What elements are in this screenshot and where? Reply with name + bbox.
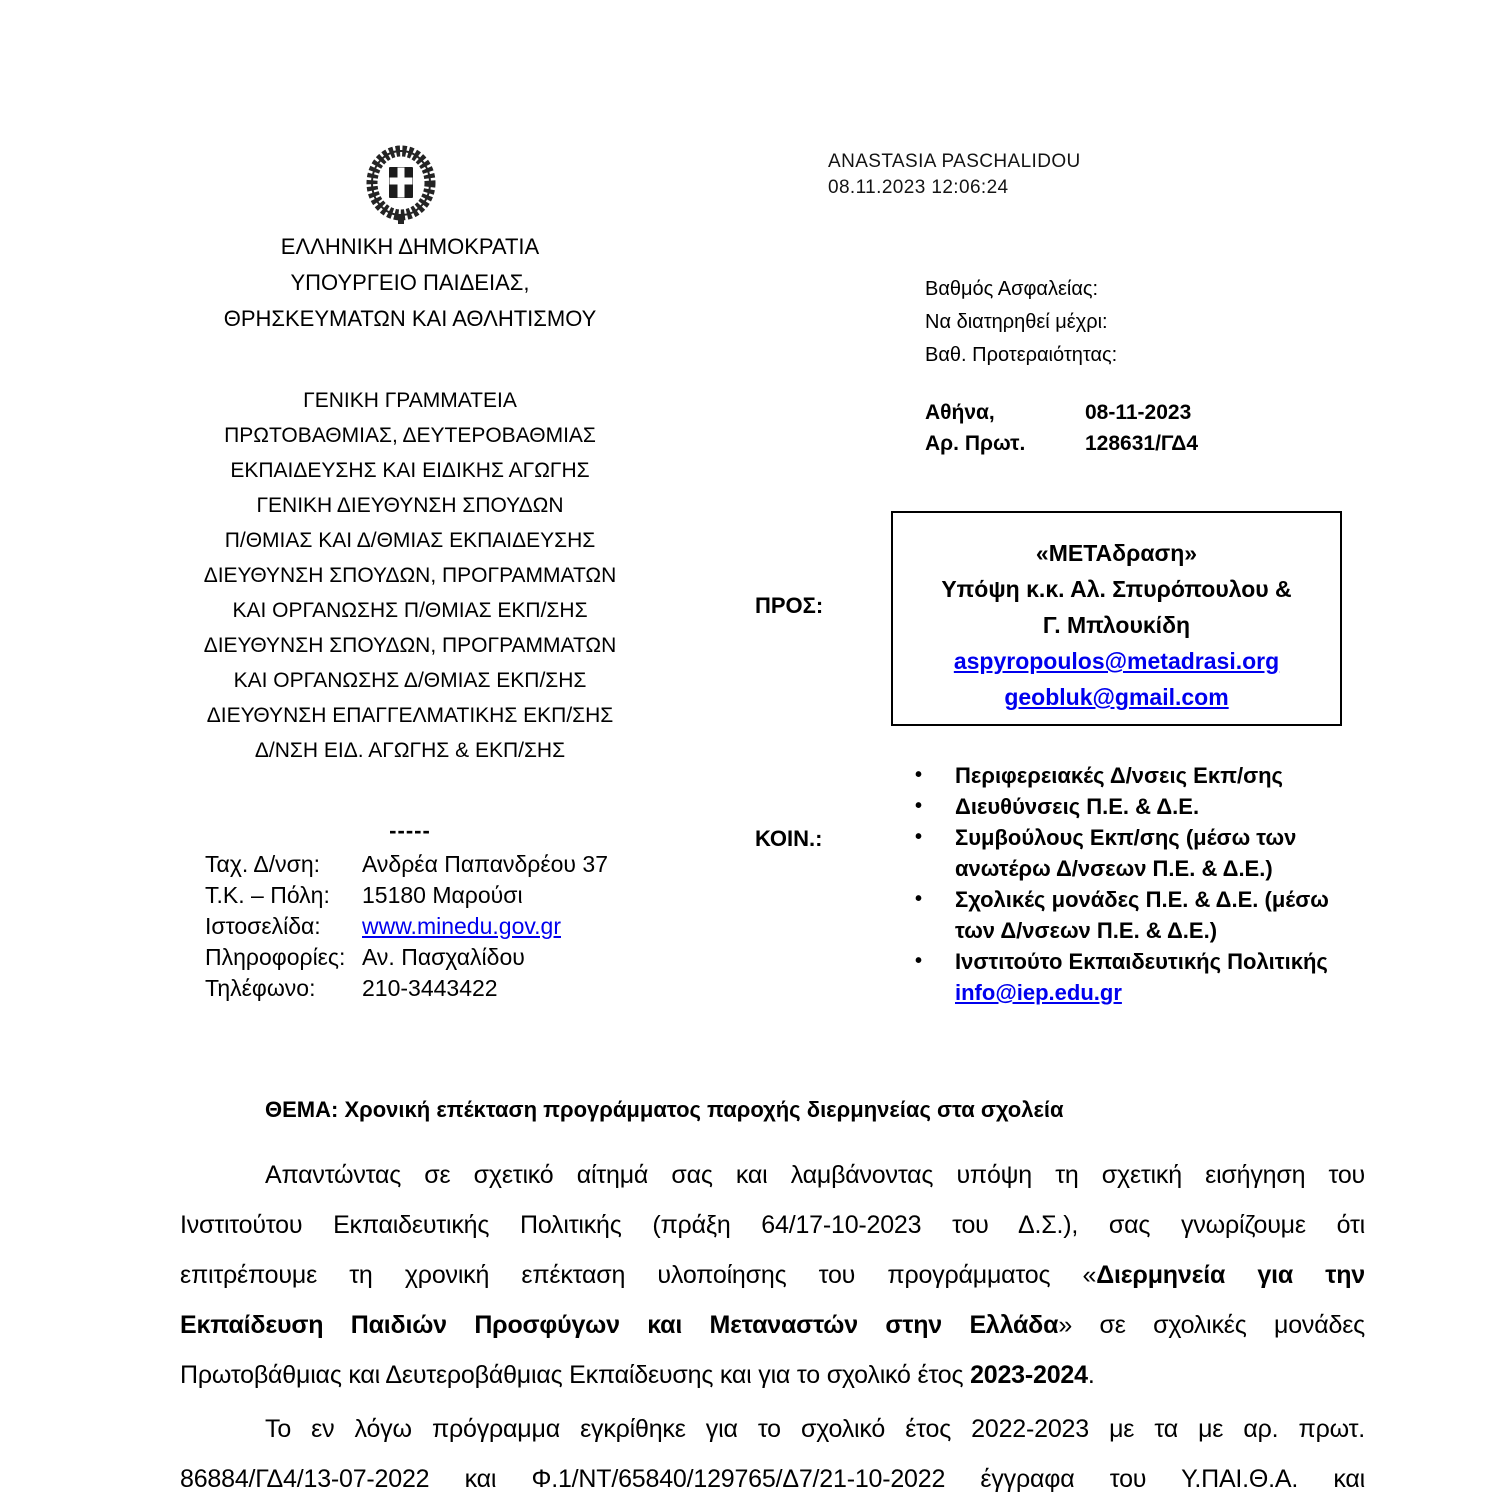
subject-line: ΘΕΜΑ: Χρονική επέκταση προγράμματος παρο… xyxy=(265,1095,1375,1125)
signature-datetime: 08.11.2023 12:06:24 xyxy=(828,175,1081,201)
body-text: Το εν λόγω πρόγραμμα εγκρίθηκε για το σχ… xyxy=(265,1415,1365,1443)
body-text-bold: 2023-2024 xyxy=(970,1361,1088,1389)
bullet-icon: • xyxy=(915,822,955,853)
body-line: Πρωτοβάθμιας και Δευτεροβάθμιας Εκπαίδευ… xyxy=(180,1350,1365,1400)
cc-email-link[interactable]: info@iep.edu.gr xyxy=(955,977,1367,1008)
cc-list: •Περιφερειακές Δ/νσεις Εκπ/σης•Διευθύνσε… xyxy=(915,760,1367,1008)
greek-coat-of-arms-logo xyxy=(360,143,442,227)
date-protocol-label: Αρ. Πρωτ. xyxy=(925,428,1085,459)
security-line: Βαθ. Προτεραιότητας: xyxy=(925,339,1117,372)
recipient-line: Υπόψη κ.κ. Αλ. Σπυρόπουλου & xyxy=(893,571,1340,607)
recipient-email-link[interactable]: geobluk@gmail.com xyxy=(893,679,1340,715)
contact-label: Πληροφορίες: xyxy=(205,942,362,973)
body-text: . xyxy=(1088,1361,1095,1389)
letter-body: Απαντώντας σε σχετικό αίτημά σας και λαμ… xyxy=(180,1150,1365,1500)
body-line: Ινστιτούτου Εκπαιδευτικής Πολιτικής (πρά… xyxy=(180,1200,1365,1250)
ministry-header-line: ΥΠΟΥΡΓΕΙΟ ΠΑΙΔΕΙΑΣ, xyxy=(155,265,665,301)
body-text-bold: Διερμηνεία για την xyxy=(1096,1261,1365,1289)
cc-item: •Ινστιτούτο Εκπαιδευτικής Πολιτικήςinfo@… xyxy=(915,946,1367,1008)
cc-item: •Διευθύνσεις Π.Ε. & Δ.Ε. xyxy=(915,791,1367,822)
cc-item-text: Διευθύνσεις Π.Ε. & Δ.Ε. xyxy=(955,791,1367,822)
bullet-icon: • xyxy=(915,946,955,977)
recipient-line: Γ. Μπλουκίδη xyxy=(893,607,1340,643)
body-text: Πρωτοβάθμιας και Δευτεροβάθμιας Εκπαίδευ… xyxy=(180,1361,970,1389)
security-line: Να διατηρηθεί μέχρι: xyxy=(925,306,1117,339)
recipient-email-link[interactable]: aspyropoulos@metadrasi.org xyxy=(893,643,1340,679)
bullet-icon: • xyxy=(915,791,955,822)
department-line: ΓΕΝΙΚΗ ΔΙΕΥΘΥΝΣΗ ΣΠΟΥΔΩΝ xyxy=(155,488,665,523)
cc-item-text: Συμβούλους Εκπ/σης (μέσω των ανωτέρω Δ/ν… xyxy=(955,822,1367,884)
date-protocol-value: 08-11-2023 xyxy=(1085,397,1191,428)
department-line: ΔΙΕΥΘΥΝΣΗ ΕΠΑΓΓΕΛΜΑΤΙΚΗΣ ΕΚΠ/ΣΗΣ xyxy=(155,698,665,733)
ministry-header-line: ΕΛΛΗΝΙΚΗ ΔΗΜΟΚΡΑΤΙΑ xyxy=(155,229,665,265)
department-line: ΚΑΙ ΟΡΓΑΝΩΣΗΣ Π/ΘΜΙΑΣ ΕΚΠ/ΣΗΣ xyxy=(155,593,665,628)
contact-block: Ταχ. Δ/νση:Ανδρέα Παπανδρέου 37Τ.Κ. – Πό… xyxy=(205,849,608,1004)
body-line: Απαντώντας σε σχετικό αίτημά σας και λαμ… xyxy=(180,1150,1365,1200)
body-text: » σε σχολικές μονάδες xyxy=(1058,1311,1365,1339)
contact-value: Ανδρέα Παπανδρέου 37 xyxy=(362,849,608,880)
body-text: επιτρέπουμε τη χρονική επέκταση υλοποίησ… xyxy=(180,1261,1096,1289)
recipient-box: «ΜΕΤΑδραση»Υπόψη κ.κ. Αλ. Σπυρόπουλου &Γ… xyxy=(891,511,1342,726)
contact-value: 15180 Μαρούσι xyxy=(362,880,523,911)
cc-item-text: Σχολικές μονάδες Π.Ε. & Δ.Ε. (μέσω των Δ… xyxy=(955,884,1367,946)
ministry-header-line: ΘΡΗΣΚΕΥΜΑΤΩΝ ΚΑΙ ΑΘΛΗΤΙΣΜΟΥ xyxy=(155,301,665,337)
department-line: ΠΡΩΤΟΒΑΘΜΙΑΣ, ΔΕΥΤΕΡΟΒΑΘΜΙΑΣ xyxy=(155,418,665,453)
body-text: 86884/ΓΔ4/13-07-2022 και Φ.1/ΝΤ/65840/12… xyxy=(180,1465,1365,1493)
bullet-icon: • xyxy=(915,760,955,791)
cc-item-text: Περιφερειακές Δ/νσεις Εκπ/σης xyxy=(955,760,1367,791)
subject-text: Χρονική επέκταση προγράμματος παροχής δι… xyxy=(344,1097,1063,1122)
cc-item: •Σχολικές μονάδες Π.Ε. & Δ.Ε. (μέσω των … xyxy=(915,884,1367,946)
security-block: Βαθμός Ασφαλείας:Να διατηρηθεί μέχρι:Βαθ… xyxy=(925,273,1117,372)
body-text: Ινστιτούτου Εκπαιδευτικής Πολιτικής (πρά… xyxy=(180,1211,1365,1239)
body-text: Απαντώντας σε σχετικό αίτημά σας και λαμ… xyxy=(265,1161,1365,1189)
contact-row: Ιστοσελίδα:www.minedu.gov.gr xyxy=(205,911,608,942)
date-protocol-label: Αθήνα, xyxy=(925,397,1085,428)
contact-label: Τ.Κ. – Πόλη: xyxy=(205,880,362,911)
document-page: ANASTASIA PASCHALIDOU 08.11.2023 12:06:2… xyxy=(0,0,1500,1500)
body-line: Εκπαίδευση Παιδιών Προσφύγων και Μετανασ… xyxy=(180,1300,1365,1350)
contact-label: Ιστοσελίδα: xyxy=(205,911,362,942)
recipient-label: ΠΡΟΣ: xyxy=(755,593,823,619)
body-text-bold: Εκπαίδευση Παιδιών Προσφύγων και Μετανασ… xyxy=(180,1311,1058,1339)
subject-label: ΘΕΜΑ: xyxy=(265,1097,338,1122)
ministry-header: ΕΛΛΗΝΙΚΗ ΔΗΜΟΚΡΑΤΙΑΥΠΟΥΡΓΕΙΟ ΠΑΙΔΕΙΑΣ,ΘΡ… xyxy=(155,229,665,337)
contact-label: Ταχ. Δ/νση: xyxy=(205,849,362,880)
department-line: Π/ΘΜΙΑΣ ΚΑΙ Δ/ΘΜΙΑΣ ΕΚΠΑΙΔΕΥΣΗΣ xyxy=(155,523,665,558)
header-separator: ----- xyxy=(155,818,665,844)
contact-row: Τ.Κ. – Πόλη:15180 Μαρούσι xyxy=(205,880,608,911)
recipient-line: «ΜΕΤΑδραση» xyxy=(893,535,1340,571)
contact-row: Πληροφορίες:Αν. Πασχαλίδου xyxy=(205,942,608,973)
cc-label: ΚΟΙΝ.: xyxy=(755,826,822,852)
contact-row: Τηλέφωνο:210-3443422 xyxy=(205,973,608,1004)
date-protocol-block: Αθήνα,08-11-2023Αρ. Πρωτ.128631/ΓΔ4 xyxy=(925,397,1198,459)
body-line: 86884/ΓΔ4/13-07-2022 και Φ.1/ΝΤ/65840/12… xyxy=(180,1454,1365,1500)
department-lines: ΓΕΝΙΚΗ ΓΡΑΜΜΑΤΕΙΑΠΡΩΤΟΒΑΘΜΙΑΣ, ΔΕΥΤΕΡΟΒΑ… xyxy=(155,383,665,768)
date-protocol-row: Αρ. Πρωτ.128631/ΓΔ4 xyxy=(925,428,1198,459)
department-line: ΔΙΕΥΘΥΝΣΗ ΣΠΟΥΔΩΝ, ΠΡΟΓΡΑΜΜΑΤΩΝ xyxy=(155,628,665,663)
body-line: επιτρέπουμε τη χρονική επέκταση υλοποίησ… xyxy=(180,1250,1365,1300)
website-link[interactable]: www.minedu.gov.gr xyxy=(362,911,561,942)
department-line: ΚΑΙ ΟΡΓΑΝΩΣΗΣ Δ/ΘΜΙΑΣ ΕΚΠ/ΣΗΣ xyxy=(155,663,665,698)
cc-item-text: Ινστιτούτο Εκπαιδευτικής Πολιτικήςinfo@i… xyxy=(955,946,1367,1008)
department-line: ΓΕΝΙΚΗ ΓΡΑΜΜΑΤΕΙΑ xyxy=(155,383,665,418)
bullet-icon: • xyxy=(915,884,955,915)
contact-value: 210-3443422 xyxy=(362,973,498,1004)
department-line: Δ/ΝΣΗ ΕΙΔ. ΑΓΩΓΗΣ & ΕΚΠ/ΣΗΣ xyxy=(155,733,665,768)
contact-label: Τηλέφωνο: xyxy=(205,973,362,1004)
date-protocol-row: Αθήνα,08-11-2023 xyxy=(925,397,1198,428)
digital-signature-stamp: ANASTASIA PASCHALIDOU 08.11.2023 12:06:2… xyxy=(828,149,1081,201)
body-line: Το εν λόγω πρόγραμμα εγκρίθηκε για το σχ… xyxy=(180,1404,1365,1454)
department-line: ΔΙΕΥΘΥΝΣΗ ΣΠΟΥΔΩΝ, ΠΡΟΓΡΑΜΜΑΤΩΝ xyxy=(155,558,665,593)
contact-value: Αν. Πασχαλίδου xyxy=(362,942,525,973)
contact-row: Ταχ. Δ/νση:Ανδρέα Παπανδρέου 37 xyxy=(205,849,608,880)
cc-item: •Περιφερειακές Δ/νσεις Εκπ/σης xyxy=(915,760,1367,791)
date-protocol-value: 128631/ΓΔ4 xyxy=(1085,428,1198,459)
signature-name: ANASTASIA PASCHALIDOU xyxy=(828,149,1081,175)
department-line: ΕΚΠΑΙΔΕΥΣΗΣ ΚΑΙ ΕΙΔΙΚΗΣ ΑΓΩΓΗΣ xyxy=(155,453,665,488)
security-line: Βαθμός Ασφαλείας: xyxy=(925,273,1117,306)
cc-item: •Συμβούλους Εκπ/σης (μέσω των ανωτέρω Δ/… xyxy=(915,822,1367,884)
